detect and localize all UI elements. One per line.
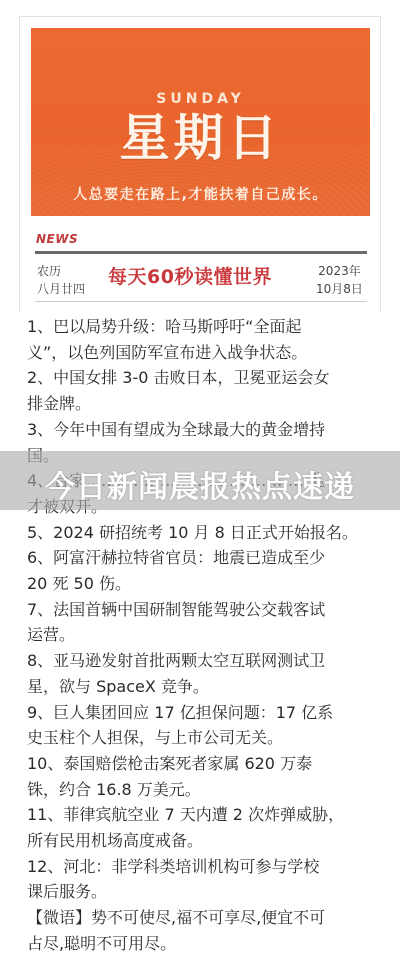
news-title: 每天60秒读懂世界 [108, 262, 272, 289]
news-line: 3、今年中国有望成为全球最大的黄金增持 [27, 417, 379, 443]
news-list: 1、巴以局势升级：哈马斯呼吁“全面起 义”，以色列国防军宣布进入战争状态。 2、… [27, 314, 379, 957]
quote-line: 占尽,聪明不可用尽。 [27, 931, 379, 957]
news-line: 义”，以色列国防军宣布进入战争状态。 [27, 340, 379, 366]
quote-line: 【微语】势不可使尽,福不可享尽,便宜不可 [27, 905, 379, 931]
news-line: 2、中国女排 3-0 击败日本，卫冕亚运会女 [27, 365, 379, 391]
weekday-chinese: 星期日 [31, 108, 370, 168]
gregorian-date: 2023年 10月8日 [316, 262, 363, 298]
news-line: 9、巨人集团回应 17 亿担保问题：17 亿系 [27, 700, 379, 726]
news-line: 星，欲与 SpaceX 竞争。 [27, 674, 379, 700]
news-line: 12、河北：非学科类培训机构可参与学校 [27, 854, 379, 880]
news-line: 史玉柱个人担保，与上市公司无关。 [27, 725, 379, 751]
header-banner: SUNDAY 星期日 人总要走在路上,才能扶着自己成长。 [31, 28, 370, 216]
news-line: 20 死 50 伤。 [27, 571, 379, 597]
lunar-date: 农历 八月廿四 [37, 262, 85, 298]
news-line: 排金牌。 [27, 391, 379, 417]
lunar-date-line2: 八月廿四 [37, 280, 85, 298]
motto-text: 人总要走在路上,才能扶着自己成长。 [31, 184, 370, 204]
date-day: 10月8日 [316, 280, 363, 298]
news-line: 铢，约合 16.8 万美元。 [27, 777, 379, 803]
news-line: 课后服务。 [27, 879, 379, 905]
date-year: 2023年 [316, 262, 363, 280]
news-line: 1、巴以局势升级：哈马斯呼吁“全面起 [27, 314, 379, 340]
news-line: 11、菲律宾航空业 7 天内遭 2 次炸弹威胁， [27, 802, 379, 828]
news-line: 8、亚马逊发射首批两颗太空互联网测试卫 [27, 648, 379, 674]
news-line: 6、阿富汗赫拉特省官员：地震已造成至少 [27, 545, 379, 571]
news-line: 7、法国首辆中国研制智能驾驶公交载客试 [27, 597, 379, 623]
divider-thick [35, 251, 367, 254]
overlay-title: 今日新闻晨报热点速递 [0, 462, 400, 506]
weekday-english: SUNDAY [31, 91, 370, 107]
lunar-date-line1: 农历 [37, 262, 85, 280]
news-line: 10、泰国赔偿枪击案死者家属 620 万泰 [27, 751, 379, 777]
divider-thin [35, 301, 367, 302]
news-label: NEWS [36, 232, 78, 246]
news-line: 5、2024 研招统考 10 月 8 日正式开始报名。 [27, 520, 379, 546]
news-line: 运营。 [27, 622, 379, 648]
news-line: 所有民用机场高度戒备。 [27, 828, 379, 854]
